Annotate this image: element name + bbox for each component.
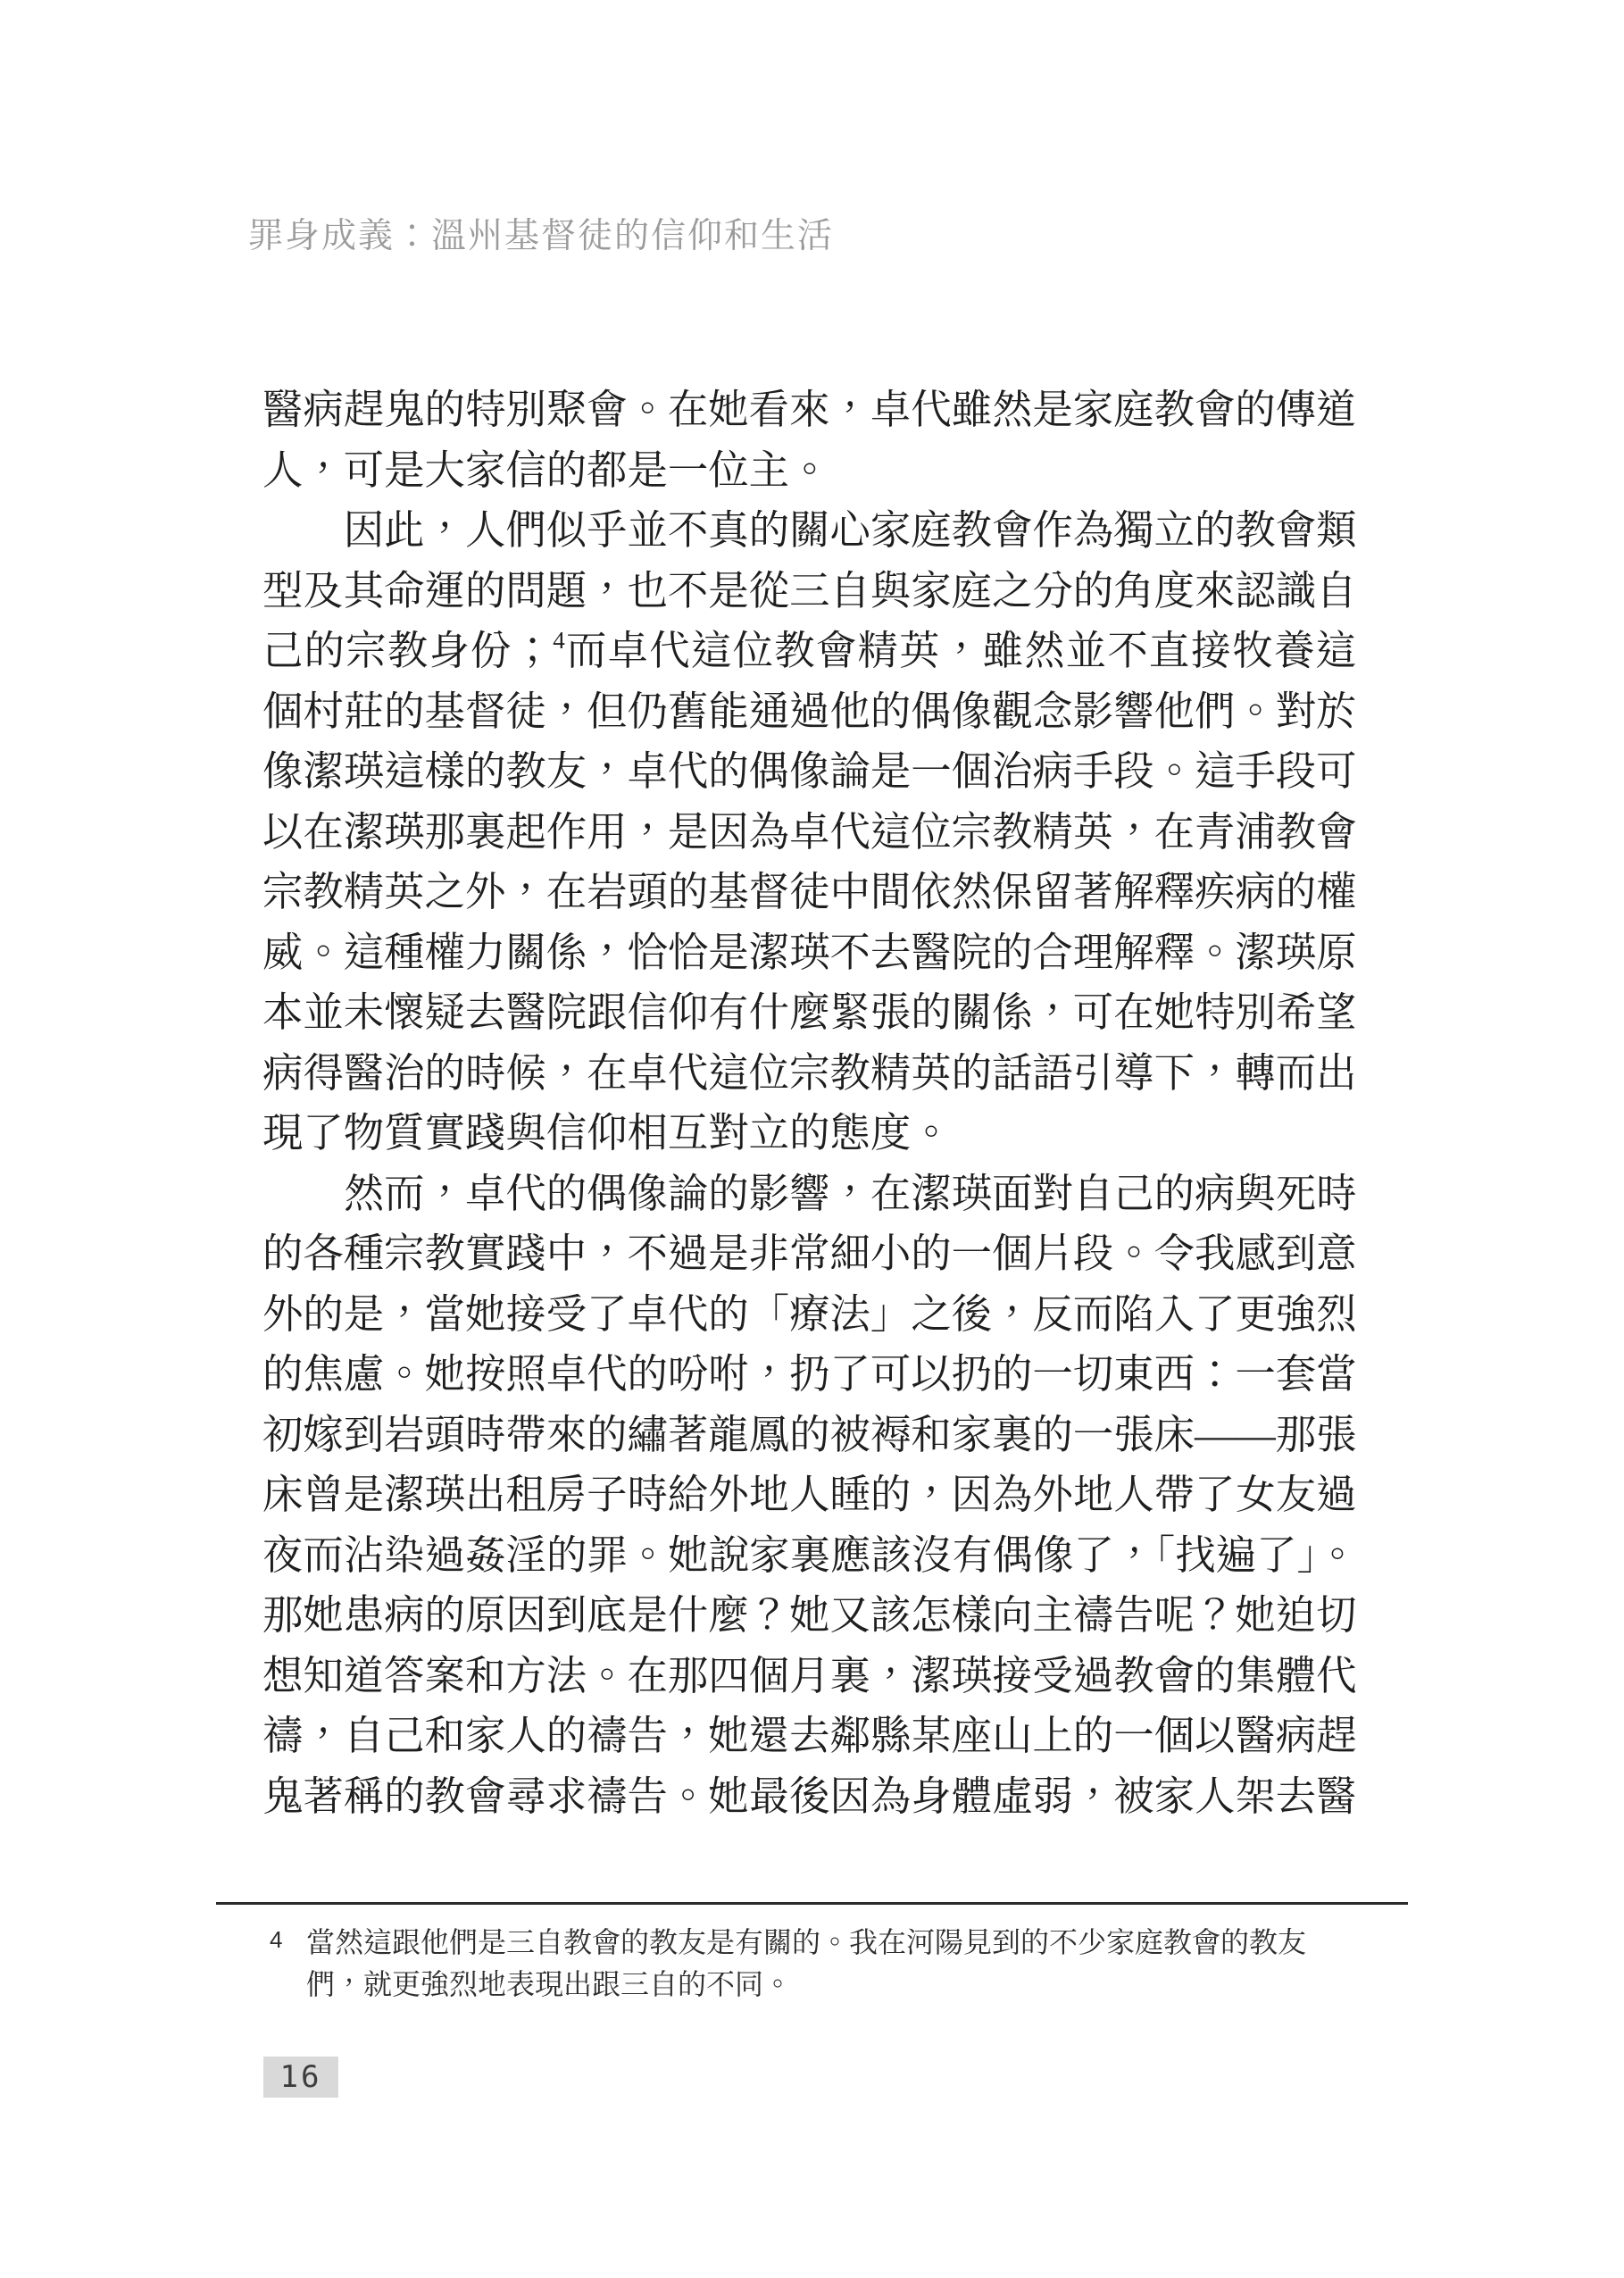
body-line: 本並未懷疑去醫院跟信仰有什麼緊張的關係，可在她特別希望 bbox=[262, 983, 1356, 1044]
footnote-line: 當然這跟他們是三自教會的教友是有關的。我在河陽見到的不少家庭教會的教友 bbox=[306, 1922, 1403, 1964]
body-line: 以在潔瑛那裏起作用，是因為卓代這位宗教精英，在青浦教會 bbox=[262, 803, 1356, 864]
body-line: 威。這種權力關係，恰恰是潔瑛不去醫院的合理解釋。潔瑛原 bbox=[262, 923, 1356, 984]
body-line: 夜而沾染過姦淫的罪。她說家裏應該沒有偶像了，「找遍了」。 bbox=[262, 1526, 1356, 1587]
body-line: 宗教精英之外，在岩頭的基督徒中間依然保留著解釋疾病的權 bbox=[262, 863, 1356, 923]
body-line: 初嫁到岩頭時帶來的繡著龍鳳的被褥和家裏的一張床——那張 bbox=[262, 1406, 1356, 1466]
page-number: 16 bbox=[263, 2057, 338, 2098]
body-line: 床曾是潔瑛出租房子時給外地人睡的，因為外地人帶了女友過 bbox=[262, 1465, 1356, 1526]
body-line: 因此，人們似乎並不真的關心家庭教會作為獨立的教會類 bbox=[262, 501, 1356, 562]
body-text-block: 醫病趕鬼的特別聚會。在她看來，卓代雖然是家庭教會的傳道人，可是大家信的都是一位主… bbox=[262, 380, 1356, 1827]
body-line: 然而，卓代的偶像論的影響，在潔瑛面對自己的病與死時 bbox=[262, 1164, 1356, 1225]
body-line: 外的是，當她接受了卓代的「療法」之後，反而陷入了更強烈 bbox=[262, 1285, 1356, 1346]
body-line: 醫病趕鬼的特別聚會。在她看來，卓代雖然是家庭教會的傳道 bbox=[262, 380, 1356, 441]
running-header: 罪身成義：溫州基督徒的信仰和生活 bbox=[248, 217, 834, 257]
footnote-marker: 4 bbox=[270, 1926, 282, 1954]
book-page: 罪身成義：溫州基督徒的信仰和生活 醫病趕鬼的特別聚會。在她看來，卓代雖然是家庭教… bbox=[0, 0, 1624, 2278]
body-line: 的焦慮。她按照卓代的吩咐，扔了可以扔的一切東西：一套當 bbox=[262, 1345, 1356, 1406]
body-line: 個村莊的基督徒，但仍舊能通過他的偶像觀念影響他們。對於 bbox=[262, 682, 1356, 743]
body-line: 病得醫治的時候，在卓代這位宗教精英的話語引導下，轉而出 bbox=[262, 1044, 1356, 1105]
body-line: 人，可是大家信的都是一位主。 bbox=[262, 441, 1356, 502]
footnote-text: 當然這跟他們是三自教會的教友是有關的。我在河陽見到的不少家庭教會的教友們，就更強… bbox=[306, 1922, 1403, 2006]
body-line-text: 己的宗教身份； bbox=[262, 629, 553, 673]
body-line: 鬼著稱的教會尋求禱告。她最後因為身體虛弱，被家人架去醫 bbox=[262, 1767, 1356, 1828]
body-line: 的各種宗教實踐中，不過是非常細小的一個片段。令我感到意 bbox=[262, 1224, 1356, 1285]
footnote-reference: 4 bbox=[553, 627, 565, 654]
body-line: 像潔瑛這樣的教友，卓代的偶像論是一個治病手段。這手段可 bbox=[262, 742, 1356, 803]
body-line: 那她患病的原因到底是什麼？她又該怎樣向主禱告呢？她迫切 bbox=[262, 1586, 1356, 1647]
body-line: 想知道答案和方法。在那四個月裏，潔瑛接受過教會的集體代 bbox=[262, 1647, 1356, 1707]
footnote-divider bbox=[216, 1902, 1408, 1905]
body-line: 型及其命運的問題，也不是從三自與家庭之分的角度來認識自 bbox=[262, 562, 1356, 622]
footnote-line: 們，就更強烈地表現出跟三自的不同。 bbox=[306, 1964, 1403, 2006]
body-line: 己的宗教身份；4而卓代這位教會精英，雖然並不直接牧養這 bbox=[262, 622, 1356, 682]
body-line: 現了物質實踐與信仰相互對立的態度。 bbox=[262, 1104, 1356, 1164]
body-line: 禱，自己和家人的禱告，她還去鄰縣某座山上的一個以醫病趕 bbox=[262, 1706, 1356, 1767]
body-line-text: 而卓代這位教會精英，雖然並不直接牧養這 bbox=[565, 629, 1356, 673]
footnote: 4 當然這跟他們是三自教會的教友是有關的。我在河陽見到的不少家庭教會的教友們，就… bbox=[270, 1922, 1403, 2006]
